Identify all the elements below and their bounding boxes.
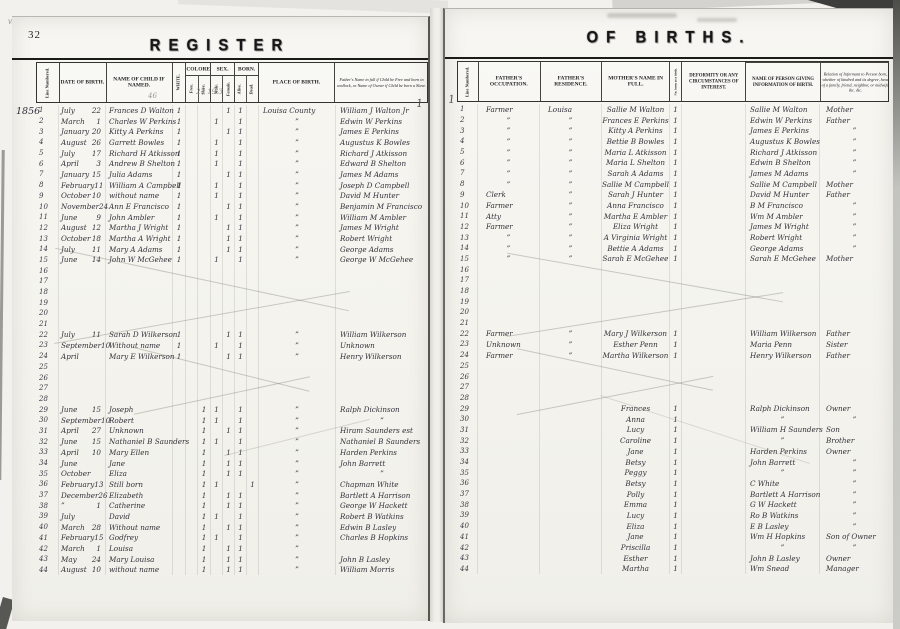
birth-date <box>58 297 105 308</box>
mother-name: Betsy <box>601 457 669 468</box>
line-number: 8 <box>457 179 477 190</box>
deformity-note <box>681 564 745 575</box>
tick-colored-slave <box>197 223 210 234</box>
number-born-at-birth: 1 <box>669 115 681 126</box>
ink-smudge <box>607 13 677 18</box>
line-number: 4 <box>36 137 58 148</box>
informant-name: ” <box>745 435 819 446</box>
tick-white: 1 <box>172 169 185 180</box>
line-number: 20 <box>36 308 58 319</box>
child-name: Catherine <box>105 500 172 511</box>
father-residence <box>539 382 601 393</box>
deformity-note <box>681 211 745 222</box>
father-name: Nathaniel B Saunders <box>335 436 428 447</box>
informant-name: Sallie M Campbell <box>745 179 819 190</box>
line-number: 21 <box>457 318 477 329</box>
informant-name: David M Hunter <box>745 190 819 201</box>
father-occupation: ” <box>477 157 539 168</box>
number-born-at-birth: 1 <box>669 136 681 147</box>
tick-colored-free <box>185 233 197 244</box>
deformity-note <box>681 499 745 510</box>
place-of-birth <box>258 362 335 373</box>
mother-name: Polly <box>601 489 669 500</box>
child-name: Jane <box>105 458 172 469</box>
deformity-note <box>681 489 745 500</box>
birth-month: August <box>61 138 87 147</box>
birth-date: June15 <box>58 436 105 447</box>
table-row: 25 <box>457 361 889 372</box>
tick-female <box>222 340 234 351</box>
header-sex-group: SEX. Male. Female. <box>210 63 234 102</box>
informant-relation: Son of Owner <box>819 532 889 543</box>
line-number: 35 <box>457 467 477 478</box>
birth-month: April <box>61 352 79 361</box>
father-residence: ” <box>539 339 601 350</box>
tick-female: 1 <box>222 500 234 511</box>
number-born-at-birth: 1 <box>669 190 681 201</box>
number-born-at-birth: 1 <box>669 211 681 222</box>
number-born-at-birth <box>669 361 681 372</box>
table-row: 43May24Mary Louisa111”John B Lasley <box>36 554 428 565</box>
table-row: 13October18Martha A Wright111”Robert Wri… <box>36 233 428 244</box>
deformity-note <box>681 232 745 243</box>
tick-colored-free <box>185 137 197 148</box>
deformity-note <box>681 457 745 468</box>
place-of-birth: ” <box>258 137 335 148</box>
header-white: WHITE. <box>172 63 185 102</box>
informant-name <box>745 361 819 372</box>
tick-female: 1 <box>222 351 234 362</box>
father-name: Edwin B Lasley <box>335 522 428 533</box>
father-name: William J Walton Jr <box>335 105 428 116</box>
birth-day: 27 <box>92 426 101 435</box>
tick-born-dead <box>246 148 258 159</box>
birth-month: January <box>61 127 89 136</box>
line-number: 5 <box>457 147 477 158</box>
tick-born-alive: 1 <box>234 404 246 415</box>
number-born-at-birth: 1 <box>669 553 681 564</box>
line-number: 30 <box>457 414 477 425</box>
father-name: William Morris <box>335 565 428 576</box>
line-number: 17 <box>36 276 58 287</box>
line-number: 7 <box>457 168 477 179</box>
father-name: Joseph D Campbell <box>335 180 428 191</box>
birth-date: July22 <box>58 105 105 116</box>
tick-male <box>210 372 222 383</box>
tick-colored-slave <box>197 191 210 202</box>
line-number: 18 <box>36 287 58 298</box>
father-name <box>335 297 428 308</box>
number-born-at-birth: 1 <box>669 125 681 136</box>
table-row: 40March28Without name111”Edwin B Lasley <box>36 522 428 533</box>
father-name: Henry Wilkerson <box>335 351 428 362</box>
informant-relation: ” <box>819 147 889 158</box>
tick-female <box>222 212 234 223</box>
place-of-birth: ” <box>258 490 335 501</box>
line-number: 16 <box>36 265 58 276</box>
line-number: 27 <box>457 382 477 393</box>
place-of-birth: ” <box>258 212 335 223</box>
informant-relation: Father <box>819 350 889 361</box>
mother-name: Frances <box>601 403 669 414</box>
number-born-at-birth: 1 <box>669 564 681 575</box>
child-name: Mary Louisa <box>105 554 172 565</box>
header-date-of-birth: DATE OF BIRTH. <box>59 63 106 102</box>
tick-born-dead <box>246 212 258 223</box>
line-number: 40 <box>457 521 477 532</box>
tick-female <box>222 297 234 308</box>
tick-white: 1 <box>172 201 185 212</box>
birth-date: June15 <box>58 404 105 415</box>
child-name: John Ambler <box>105 212 172 223</box>
number-born-at-birth <box>669 393 681 404</box>
tick-colored-free <box>185 554 197 565</box>
tick-born-dead <box>246 244 258 255</box>
line-number: 22 <box>36 329 58 340</box>
informant-name: Robert Wright <box>745 232 819 243</box>
father-occupation <box>477 393 539 404</box>
father-occupation: Unknown <box>477 339 539 350</box>
tick-born-alive: 1 <box>234 126 246 137</box>
tick-born-dead <box>246 255 258 266</box>
father-occupation <box>477 296 539 307</box>
tick-colored-free <box>185 201 197 212</box>
tick-white <box>172 436 185 447</box>
header-sources-group: SOURCES OF INFORMATION. NAME OF PERSON G… <box>745 62 888 101</box>
tick-colored-slave: 1 <box>197 426 210 437</box>
line-number: 36 <box>36 479 58 490</box>
mother-name: Maria L Shelton <box>601 157 669 168</box>
child-name <box>105 308 172 319</box>
number-born-at-birth: 1 <box>669 457 681 468</box>
birth-date <box>58 319 105 330</box>
tick-female: 1 <box>222 105 234 116</box>
birth-month: July <box>61 512 75 521</box>
table-row: 20 <box>36 308 428 319</box>
father-name <box>335 319 428 330</box>
birth-date: October10 <box>58 191 105 202</box>
child-name: Still born <box>105 479 172 490</box>
table-row: 9October10without name111”David M Hunter <box>36 191 428 202</box>
tick-born-dead <box>246 404 258 415</box>
father-name: George W McGehee <box>335 255 428 266</box>
tick-colored-free <box>185 511 197 522</box>
informant-name: George Adams <box>745 243 819 254</box>
line-number: 34 <box>36 458 58 469</box>
father-name: George Adams <box>335 244 428 255</box>
tick-colored-free <box>185 372 197 383</box>
birth-date: July <box>58 511 105 522</box>
father-occupation: ” <box>477 179 539 190</box>
father-occupation: Clerk <box>477 190 539 201</box>
tick-female <box>222 511 234 522</box>
tick-colored-free <box>185 436 197 447</box>
birth-date: February15 <box>58 533 105 544</box>
birth-date <box>58 394 105 405</box>
tick-colored-free <box>185 426 197 437</box>
birth-date <box>58 362 105 373</box>
number-born-at-birth: 1 <box>669 179 681 190</box>
line-number: 9 <box>36 191 58 202</box>
mother-name: Bettie B Bowles <box>601 136 669 147</box>
table-row: 18 <box>36 287 428 298</box>
father-residence: ” <box>539 222 601 233</box>
deformity-note <box>681 467 745 478</box>
header-place-of-birth: PLACE OF BIRTH. <box>258 63 335 102</box>
table-row: 36February13Still born111”Chapman White <box>36 479 428 490</box>
line-number: 42 <box>457 542 477 553</box>
tick-born-alive: 1 <box>234 191 246 202</box>
line-number: 37 <box>457 489 477 500</box>
father-residence: ” <box>539 190 601 201</box>
child-name: Martha J Wright <box>105 223 172 234</box>
tick-born-dead <box>246 180 258 191</box>
tick-born-dead <box>246 362 258 373</box>
tick-female: 1 <box>222 543 234 554</box>
tick-born-dead <box>246 201 258 212</box>
tick-male: 1 <box>210 511 222 522</box>
father-residence <box>539 414 601 425</box>
tick-male <box>210 244 222 255</box>
table-row: 16 <box>36 265 428 276</box>
table-row: 37Polly1Bartlett A Harrison” <box>457 489 889 500</box>
line-number: 6 <box>457 157 477 168</box>
line-number: 37 <box>36 490 58 501</box>
table-row: 5””Maria L Atkisson1Richard J Atkisson” <box>457 147 889 158</box>
informant-name: Edwin W Perkins <box>745 115 819 126</box>
father-residence <box>539 467 601 478</box>
line-number: 41 <box>457 532 477 543</box>
tick-male: 1 <box>210 116 222 127</box>
informant-relation: Owner <box>819 446 889 457</box>
father-occupation: ” <box>477 125 539 136</box>
line-number: 28 <box>36 394 58 405</box>
informant-name: Henry Wilkerson <box>745 350 819 361</box>
child-name: Without name <box>105 522 172 533</box>
line-number: 19 <box>457 296 477 307</box>
tick-colored-free <box>185 500 197 511</box>
mother-name: Sallie M Walton <box>601 104 669 115</box>
father-occupation <box>477 457 539 468</box>
number-born-at-birth: 1 <box>669 499 681 510</box>
tick-born-dead <box>246 233 258 244</box>
birth-month: May <box>61 555 77 564</box>
father-name <box>335 383 428 394</box>
father-occupation <box>477 510 539 521</box>
mother-name: Esther <box>601 553 669 564</box>
line-number: 42 <box>36 543 58 554</box>
informant-name <box>745 307 819 318</box>
father-residence <box>539 275 601 286</box>
tick-colored-slave <box>197 233 210 244</box>
birth-date: February13 <box>58 479 105 490</box>
birth-month: August <box>61 565 87 574</box>
father-name: Ralph Dickinson <box>335 404 428 415</box>
tick-white <box>172 500 185 511</box>
tick-colored-slave <box>197 180 210 191</box>
tick-white: 1 <box>172 148 185 159</box>
father-residence <box>539 478 601 489</box>
tick-female <box>222 319 234 330</box>
place-of-birth: ” <box>258 447 335 458</box>
deformity-note <box>681 179 745 190</box>
mother-name: Martha E Ambler <box>601 211 669 222</box>
birth-date: June <box>58 458 105 469</box>
father-name: James E Perkins <box>335 126 428 137</box>
informant-relation: Father <box>819 190 889 201</box>
tick-born-dead <box>246 265 258 276</box>
deformity-note <box>681 328 745 339</box>
father-residence: ” <box>539 200 601 211</box>
table-row: 6April3Andrew B Shelton111”Edward B Shel… <box>36 158 428 169</box>
tick-born-alive: 1 <box>234 255 246 266</box>
informant-name: Sarah E McGehee <box>745 254 819 265</box>
number-born-at-birth: 1 <box>669 147 681 158</box>
line-number: 10 <box>36 201 58 212</box>
child-name: Charles W Perkins <box>105 116 172 127</box>
table-row: 30September10Robert111”” <box>36 415 428 426</box>
tick-colored-slave <box>197 105 210 116</box>
birth-date: April10 <box>58 447 105 458</box>
father-name: Augustus K Bowles <box>335 137 428 148</box>
tick-male <box>210 233 222 244</box>
father-name: William M Ambler <box>335 212 428 223</box>
table-row: 8””Sallie M Campbell1Sallie M CampbellMo… <box>457 179 889 190</box>
father-occupation: Farmer <box>477 328 539 339</box>
child-name <box>105 276 172 287</box>
tick-colored-slave <box>197 148 210 159</box>
tick-born-dead <box>246 223 258 234</box>
place-of-birth: ” <box>258 479 335 490</box>
informant-relation <box>819 307 889 318</box>
tick-colored-slave <box>197 287 210 298</box>
table-row: 14””Bettie A Adams1George Adams” <box>457 243 889 254</box>
father-occupation: ” <box>477 136 539 147</box>
mother-name: Eliza Wright <box>601 222 669 233</box>
father-occupation <box>477 467 539 478</box>
table-row: 42Priscilla1”” <box>457 542 889 553</box>
father-name <box>335 265 428 276</box>
place-of-birth: ” <box>258 169 335 180</box>
tick-white <box>172 554 185 565</box>
mother-name: Emma <box>601 499 669 510</box>
line-number: 12 <box>457 222 477 233</box>
table-row: 29June15Joseph111”Ralph Dickinson <box>36 404 428 415</box>
birth-month: April <box>61 448 79 457</box>
number-born-at-birth: 1 <box>669 254 681 265</box>
tick-male: 1 <box>210 479 222 490</box>
mother-name: Lucy <box>601 425 669 436</box>
birth-month: October <box>61 234 90 243</box>
child-name: Julia Adams <box>105 169 172 180</box>
place-of-birth: ” <box>258 522 335 533</box>
birth-date: August26 <box>58 137 105 148</box>
line-number: 39 <box>457 510 477 521</box>
tick-colored-free <box>185 180 197 191</box>
tick-born-alive: 1 <box>234 233 246 244</box>
birth-date: June9 <box>58 212 105 223</box>
child-name: Richard H Atkisson <box>105 148 172 159</box>
father-occupation <box>477 318 539 329</box>
number-born-at-birth: 1 <box>669 339 681 350</box>
informant-relation <box>819 371 889 382</box>
father-occupation <box>477 425 539 436</box>
tick-colored-slave <box>197 372 210 383</box>
tick-born-alive: 1 <box>234 158 246 169</box>
father-residence <box>539 264 601 275</box>
father-occupation <box>477 286 539 297</box>
scan-artifact-right-edge <box>893 0 900 629</box>
place-of-birth: ” <box>258 554 335 565</box>
line-number: 24 <box>457 350 477 361</box>
tick-colored-free <box>185 415 197 426</box>
deformity-note <box>681 532 745 543</box>
father-occupation: Farmer <box>477 222 539 233</box>
tick-colored-slave <box>197 201 210 212</box>
line-number: 12 <box>36 223 58 234</box>
tick-female <box>222 287 234 298</box>
deformity-note <box>681 393 745 404</box>
birth-date: January20 <box>58 126 105 137</box>
tick-white: 1 <box>172 244 185 255</box>
table-row: 32Caroline1”Brother <box>457 435 889 446</box>
tick-colored-free <box>185 565 197 576</box>
tick-male: 1 <box>210 404 222 415</box>
birth-date <box>58 308 105 319</box>
father-residence: ” <box>539 179 601 190</box>
tick-white <box>172 468 185 479</box>
line-number: 10 <box>457 200 477 211</box>
table-row: 28 <box>36 394 428 405</box>
number-born-at-birth: 1 <box>669 478 681 489</box>
table-row: 34Betsy1John Barrett” <box>457 457 889 468</box>
tick-female <box>222 404 234 415</box>
child-name <box>105 383 172 394</box>
deformity-note <box>681 147 745 158</box>
tick-white: 1 <box>172 137 185 148</box>
birth-month: July <box>61 330 75 339</box>
book-gutter <box>430 8 443 622</box>
child-name <box>105 362 172 373</box>
place-of-birth <box>258 276 335 287</box>
mother-name: Jane <box>601 532 669 543</box>
tick-colored-free <box>185 158 197 169</box>
informant-name: C White <box>745 478 819 489</box>
deformity-note <box>681 254 745 265</box>
tick-colored-free <box>185 223 197 234</box>
tick-white: 1 <box>172 329 185 340</box>
tick-male <box>210 126 222 137</box>
father-occupation <box>477 414 539 425</box>
tick-male <box>210 458 222 469</box>
tick-colored-slave: 1 <box>197 543 210 554</box>
tick-colored-free <box>185 255 197 266</box>
father-occupation <box>477 521 539 532</box>
birth-day: 11 <box>94 181 103 190</box>
informant-name: ” <box>745 414 819 425</box>
informant-relation: Owner <box>819 403 889 414</box>
child-name <box>105 297 172 308</box>
father-name: Richard J Atkisson <box>335 148 428 159</box>
left-table-header: Line Numbered. DATE OF BIRTH. NAME OF CH… <box>36 62 428 103</box>
tick-white <box>172 297 185 308</box>
father-name: Hiram Saunders est <box>335 426 428 437</box>
informant-name: William H Saunders <box>745 425 819 436</box>
tick-male: 1 <box>210 212 222 223</box>
father-name: Edward B Shelton <box>335 158 428 169</box>
informant-relation: Owner <box>819 553 889 564</box>
tick-born-alive <box>234 362 246 373</box>
